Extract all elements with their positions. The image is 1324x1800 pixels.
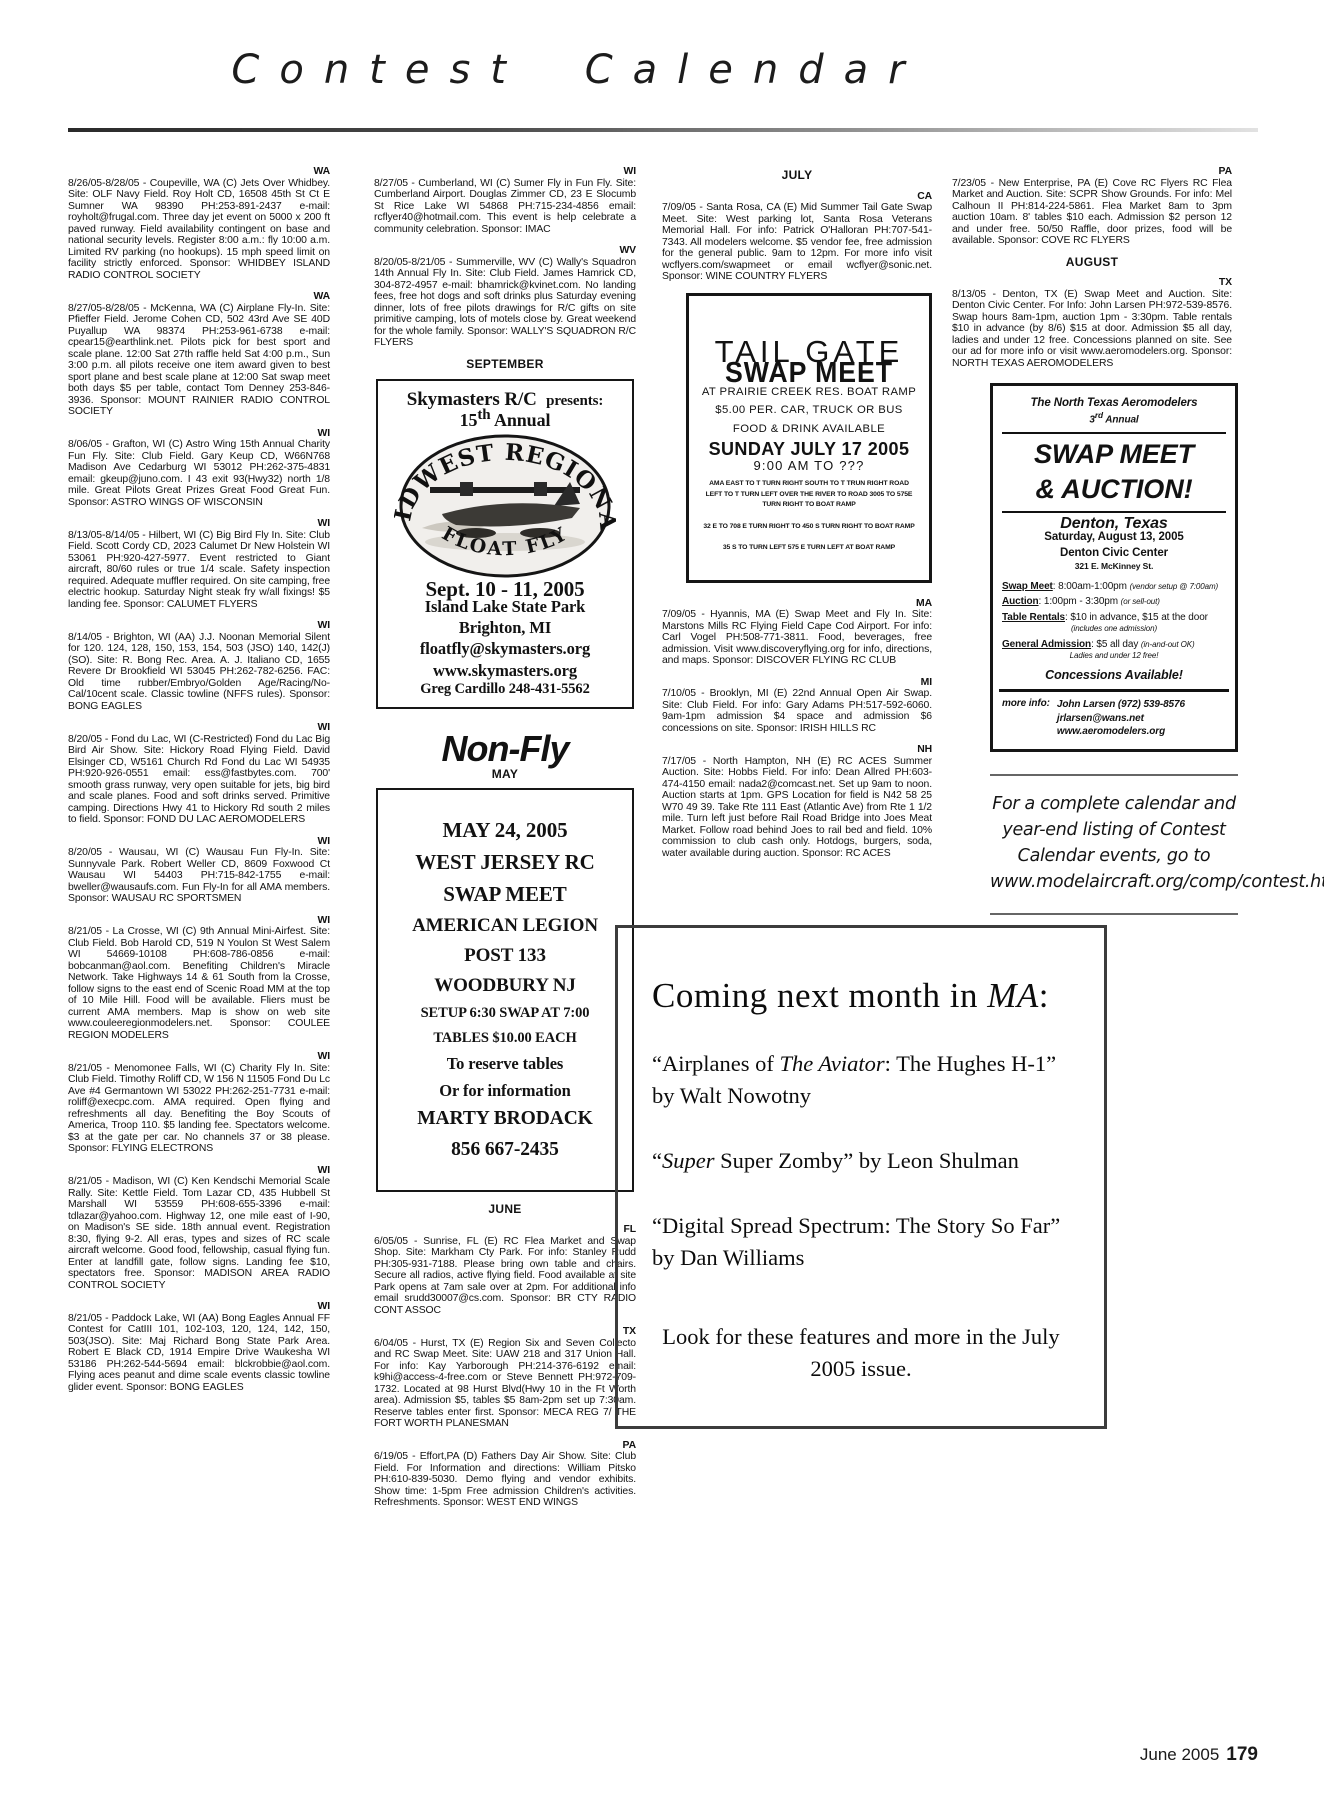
event-listing: PA7/23/05 - New Enterprise, PA (E) Cove … bbox=[952, 166, 1232, 247]
coming-next-month-box: Coming next month in MA: “Airplanes of T… bbox=[615, 925, 1107, 1429]
ad-contact-phone: 856 667-2435 bbox=[383, 1135, 627, 1166]
skymasters-ad: Skymasters R/C presents: 15th Annual bbox=[376, 379, 634, 709]
state-label: WI bbox=[68, 1165, 330, 1177]
listing-text: 8/20/05 - Fond du Lac, WI (C-Restricted)… bbox=[68, 734, 330, 826]
rule bbox=[999, 689, 1229, 692]
page-number: 179 bbox=[1226, 1744, 1258, 1765]
nonfly-heading: Non-Fly bbox=[374, 731, 636, 767]
listing-text: 8/06/05 - Grafton, WI (C) Astro Wing 15t… bbox=[68, 439, 330, 508]
state-label: WI bbox=[68, 620, 330, 632]
state-label: PA bbox=[952, 166, 1232, 178]
ad-line: Or for information bbox=[383, 1078, 627, 1105]
listing-group: TX8/13/05 - Denton, TX (E) Swap Meet and… bbox=[952, 277, 1232, 369]
listing-text: 8/21/05 - Paddock Lake, WI (AA) Bong Eag… bbox=[68, 1313, 330, 1394]
contact-website: www.aeromodelers.org bbox=[1057, 725, 1185, 739]
ad-city: Denton, Texas bbox=[1002, 518, 1226, 530]
listing-text: 8/20/05 - Wausau, WI (C) Wausau Fun Fly-… bbox=[68, 847, 330, 905]
skymasters-city: Brighton, MI bbox=[383, 617, 627, 638]
ad-contact: more info: John Larsen (972) 539-8576 jr… bbox=[1002, 698, 1226, 739]
event-listing: WA8/27/05-8/28/05 - McKenna, WA (C) Airp… bbox=[68, 291, 330, 418]
page-title: Contest Calendar bbox=[68, 50, 1088, 90]
coming-closing: Look for these features and more in the … bbox=[652, 1321, 1070, 1386]
ad-venue: Denton Civic Center bbox=[1002, 545, 1226, 561]
ad-date: SUNDAY JULY 17 2005 bbox=[696, 444, 922, 456]
title-rule bbox=[68, 128, 1258, 132]
month-header-june: JUNE bbox=[374, 1204, 636, 1216]
ad-contact-name: MARTY BRODACK bbox=[383, 1104, 627, 1135]
ad-title: & AUCTION! bbox=[1002, 472, 1226, 507]
coming-title: Coming next month in MA: bbox=[652, 976, 1070, 1016]
event-listing: WI8/13/05-8/14/05 - Hilbert, WI (C) Big … bbox=[68, 518, 330, 610]
contact-label: more info: bbox=[1002, 698, 1050, 739]
listing-text: 8/21/05 - Menomonee Falls, WI (C) Charit… bbox=[68, 1063, 330, 1155]
rule bbox=[1002, 511, 1226, 513]
listing-group: FL6/05/05 - Sunrise, FL (E) RC Flea Mark… bbox=[374, 1224, 636, 1509]
state-label: WI bbox=[68, 1051, 330, 1063]
state-label: WA bbox=[68, 291, 330, 303]
listing-text: 7/09/05 - Hyannis, MA (E) Swap Meet and … bbox=[662, 609, 932, 667]
listing-text: 8/21/05 - Madison, WI (C) Ken Kendschi M… bbox=[68, 1176, 330, 1291]
west-jersey-swap-meet-ad: MAY 24, 2005 WEST JERSEY RC SWAP MEET AM… bbox=[376, 788, 634, 1192]
listing-text: 8/14/05 - Brighton, WI (AA) J.J. Noonan … bbox=[68, 632, 330, 713]
event-listing: FL6/05/05 - Sunrise, FL (E) RC Flea Mark… bbox=[374, 1224, 636, 1316]
event-listing: MA7/09/05 - Hyannis, MA (E) Swap Meet an… bbox=[662, 598, 932, 667]
concessions-note: Concessions Available! bbox=[1002, 670, 1226, 682]
page-footer: June 2005179 bbox=[1140, 1744, 1258, 1766]
listing-text: 8/21/05 - La Crosse, WI (C) 9th Annual M… bbox=[68, 926, 330, 1041]
column-2: WI8/27/05 - Cumberland, WI (C) Sumer Fly… bbox=[374, 166, 636, 1519]
ad-directions: AMA EAST TO T TURN RIGHT SOUTH TO T TRUN… bbox=[702, 479, 916, 511]
ad-details: Swap Meet: 8:00am-1:00pm (vendor setup @… bbox=[1002, 581, 1226, 662]
skymasters-date: Sept. 10 - 11, 2005 bbox=[383, 584, 627, 596]
state-label: WI bbox=[68, 1301, 330, 1313]
contact-email: jrlarsen@wans.net bbox=[1057, 712, 1185, 726]
ad-directions: 32 E TO 708 E TURN RIGHT TO 450 S TURN R… bbox=[696, 521, 922, 533]
skymasters-email: floatfly@skymasters.org bbox=[383, 638, 627, 659]
event-listing: WI8/21/05 - Menomonee Falls, WI (C) Char… bbox=[68, 1051, 330, 1155]
state-label: WI bbox=[68, 428, 330, 440]
state-label: PA bbox=[374, 1440, 636, 1452]
feature-item: “Airplanes of The Aviator: The Hughes H-… bbox=[652, 1048, 1070, 1113]
contact-name: John Larsen (972) 539-8576 bbox=[1057, 698, 1185, 712]
ad-line: MAY 24, 2005 bbox=[383, 815, 627, 847]
event-listing: NH7/17/05 - North Hampton, NH (E) RC ACE… bbox=[662, 744, 932, 859]
skymasters-presenter: Skymasters R/C presents: bbox=[383, 394, 627, 408]
ad-line: WOODBURY NJ bbox=[383, 971, 627, 1001]
event-listing: PA6/19/05 - Effort,PA (D) Fathers Day Ai… bbox=[374, 1440, 636, 1509]
skymasters-website: www.skymasters.org bbox=[383, 660, 627, 681]
listing-text: 8/27/05-8/28/05 - McKenna, WA (C) Airpla… bbox=[68, 303, 330, 418]
event-listing: WI8/21/05 - Madison, WI (C) Ken Kendschi… bbox=[68, 1165, 330, 1292]
state-label: MA bbox=[662, 598, 932, 610]
column-1: WA8/26/05-8/28/05 - Coupeville, WA (C) J… bbox=[68, 166, 330, 1403]
swap-hours: Swap Meet: 8:00am-1:00pm (vendor setup @… bbox=[1002, 581, 1226, 593]
calendar-columns: WA8/26/05-8/28/05 - Coupeville, WA (C) J… bbox=[68, 166, 1258, 1519]
listing-text: 7/09/05 - Santa Rosa, CA (E) Mid Summer … bbox=[662, 202, 932, 283]
ad-org: The North Texas Aeromodelers bbox=[1002, 398, 1226, 410]
skymasters-annual: 15th Annual bbox=[383, 410, 627, 427]
auction-hours: Auction: 1:00pm - 3:30pm (or sell-out) bbox=[1002, 596, 1226, 608]
feature-item: “Super Super Zomby” by Leon Shulman bbox=[652, 1145, 1070, 1178]
event-listing: TX6/04/05 - Hurst, TX (E) Region Six and… bbox=[374, 1326, 636, 1430]
listing-text: 8/20/05-8/21/05 - Summerville, WV (C) Wa… bbox=[374, 257, 636, 349]
listing-text: 7/10/05 - Brooklyn, MI (E) 22nd Annual O… bbox=[662, 688, 932, 734]
state-label: WI bbox=[374, 166, 636, 178]
month-header-july: JULY bbox=[662, 170, 932, 182]
state-label: NH bbox=[662, 744, 932, 756]
ad-line: TABLES $10.00 EACH bbox=[383, 1026, 627, 1051]
ad-date: Saturday, August 13, 2005 bbox=[1002, 529, 1226, 545]
state-label: WA bbox=[68, 166, 330, 178]
skymasters-venue: Island Lake State Park bbox=[383, 596, 627, 617]
table-rentals: Table Rentals: $10 in advance, $15 at th… bbox=[1002, 612, 1226, 624]
ad-line: POST 133 bbox=[383, 941, 627, 971]
listing-text: 6/19/05 - Effort,PA (D) Fathers Day Air … bbox=[374, 1451, 636, 1509]
rule bbox=[1002, 432, 1226, 434]
ad-line: SETUP 6:30 SWAP AT 7:00 bbox=[383, 1001, 627, 1026]
tailgate-swap-meet-ad: TAIL GATE SWAP MEET AT PRAIRIE CREEK RES… bbox=[686, 293, 932, 583]
state-label: MI bbox=[662, 677, 932, 689]
north-texas-swap-auction-ad: The North Texas Aeromodelers 3rd Annual … bbox=[990, 383, 1238, 752]
ad-line: WEST JERSEY RC bbox=[383, 847, 627, 879]
state-label: WI bbox=[68, 722, 330, 734]
listing-text: 7/17/05 - North Hampton, NH (E) RC ACES … bbox=[662, 756, 932, 860]
ad-line: SWAP MEET bbox=[383, 879, 627, 911]
listing-text: 6/05/05 - Sunrise, FL (E) RC Flea Market… bbox=[374, 1236, 636, 1317]
table-rentals-note: (includes one admission) bbox=[1002, 623, 1226, 635]
general-admission: General Admission: $5 all day (in-and-ou… bbox=[1002, 639, 1226, 651]
listing-text: 8/13/05 - Denton, TX (E) Swap Meet and A… bbox=[952, 289, 1232, 370]
listing-text: 7/23/05 - New Enterprise, PA (E) Cove RC… bbox=[952, 178, 1232, 247]
skymasters-contact: Greg Cardillo 248-431-5562 bbox=[383, 684, 627, 696]
state-label: WI bbox=[68, 915, 330, 927]
column-4: PA7/23/05 - New Enterprise, PA (E) Cove … bbox=[952, 166, 1232, 915]
event-listing: WI8/27/05 - Cumberland, WI (C) Sumer Fly… bbox=[374, 166, 636, 235]
event-listing: WA8/26/05-8/28/05 - Coupeville, WA (C) J… bbox=[68, 166, 330, 281]
feature-item: “Digital Spread Spectrum: The Story So F… bbox=[652, 1210, 1070, 1275]
midwest-regional-float-fly-logo: MIDWEST REGIONAL FLOAT FLY bbox=[394, 430, 616, 582]
event-listing: WI8/20/05 - Wausau, WI (C) Wausau Fun Fl… bbox=[68, 836, 330, 905]
event-listing: WI8/21/05 - La Crosse, WI (C) 9th Annual… bbox=[68, 915, 330, 1042]
listing-group: PA7/23/05 - New Enterprise, PA (E) Cove … bbox=[952, 166, 1232, 247]
ad-title: TAIL GATE bbox=[696, 346, 922, 358]
ad-subtitle: SWAP MEET bbox=[705, 368, 913, 380]
event-listing: WV8/20/05-8/21/05 - Summerville, WV (C) … bbox=[374, 245, 636, 349]
month-header-may: MAY bbox=[374, 769, 636, 781]
ad-annual: 3rd Annual bbox=[1002, 410, 1226, 426]
listing-group: WA8/26/05-8/28/05 - Coupeville, WA (C) J… bbox=[68, 166, 330, 1393]
event-listing: WI8/21/05 - Paddock Lake, WI (AA) Bong E… bbox=[68, 1301, 330, 1393]
listing-group: WI8/27/05 - Cumberland, WI (C) Sumer Fly… bbox=[374, 166, 636, 349]
right-region: JULY CA7/09/05 - Santa Rosa, CA (E) Mid … bbox=[662, 166, 1232, 1429]
event-listing: WI8/20/05 - Fond du Lac, WI (C-Restricte… bbox=[68, 722, 330, 826]
listing-text: 6/04/05 - Hurst, TX (E) Region Six and S… bbox=[374, 1338, 636, 1430]
state-label: FL bbox=[374, 1224, 636, 1236]
state-label: CA bbox=[662, 191, 932, 203]
listing-group: CA7/09/05 - Santa Rosa, CA (E) Mid Summe… bbox=[662, 191, 932, 283]
ad-line: To reserve tables bbox=[383, 1051, 627, 1078]
complete-calendar-note: For a complete calendar and year-end lis… bbox=[990, 774, 1238, 915]
ad-title: SWAP MEET bbox=[1002, 437, 1226, 472]
state-label: WI bbox=[68, 518, 330, 530]
state-label: TX bbox=[374, 1326, 636, 1338]
issue-label: June 2005 bbox=[1140, 1745, 1219, 1764]
magazine-page: Contest Calendar WA8/26/05-8/28/05 - Cou… bbox=[0, 0, 1324, 1800]
listing-text: 8/26/05-8/28/05 - Coupeville, WA (C) Jet… bbox=[68, 178, 330, 282]
event-listing: MI7/10/05 - Brooklyn, MI (E) 22nd Annual… bbox=[662, 677, 932, 735]
state-label: WV bbox=[374, 245, 636, 257]
state-label: WI bbox=[68, 836, 330, 848]
masthead: Contest Calendar bbox=[68, 50, 1088, 90]
month-header-august: AUGUST bbox=[952, 257, 1232, 269]
ad-directions: 35 S TO TURN LEFT 575 E TURN LEFT AT BOA… bbox=[696, 542, 922, 554]
listing-group: MA7/09/05 - Hyannis, MA (E) Swap Meet an… bbox=[662, 598, 932, 860]
right-columns: JULY CA7/09/05 - Santa Rosa, CA (E) Mid … bbox=[662, 166, 1232, 915]
column-3: JULY CA7/09/05 - Santa Rosa, CA (E) Mid … bbox=[662, 166, 932, 869]
listing-text: 8/27/05 - Cumberland, WI (C) Sumer Fly i… bbox=[374, 178, 636, 236]
ad-time: 9:00 AM TO ??? bbox=[696, 460, 922, 472]
ad-price: $5.00 PER. CAR, TRUCK OR BUS bbox=[696, 405, 922, 417]
ad-food: FOOD & DRINK AVAILABLE bbox=[696, 424, 922, 436]
event-listing: WI8/06/05 - Grafton, WI (C) Astro Wing 1… bbox=[68, 428, 330, 509]
month-header-september: SEPTEMBER bbox=[374, 359, 636, 371]
contact-lines: John Larsen (972) 539-8576 jrlarsen@wans… bbox=[1057, 698, 1185, 739]
ad-line: AMERICAN LEGION bbox=[383, 911, 627, 941]
event-listing: TX8/13/05 - Denton, TX (E) Swap Meet and… bbox=[952, 277, 1232, 369]
state-label: TX bbox=[952, 277, 1232, 289]
event-listing: CA7/09/05 - Santa Rosa, CA (E) Mid Summe… bbox=[662, 191, 932, 283]
ad-address: 321 E. McKinney St. bbox=[1002, 561, 1226, 573]
listing-text: 8/13/05-8/14/05 - Hilbert, WI (C) Big Bi… bbox=[68, 530, 330, 611]
admission-note: Ladies and under 12 free! bbox=[1002, 650, 1226, 662]
event-listing: WI8/14/05 - Brighton, WI (AA) J.J. Noona… bbox=[68, 620, 330, 712]
